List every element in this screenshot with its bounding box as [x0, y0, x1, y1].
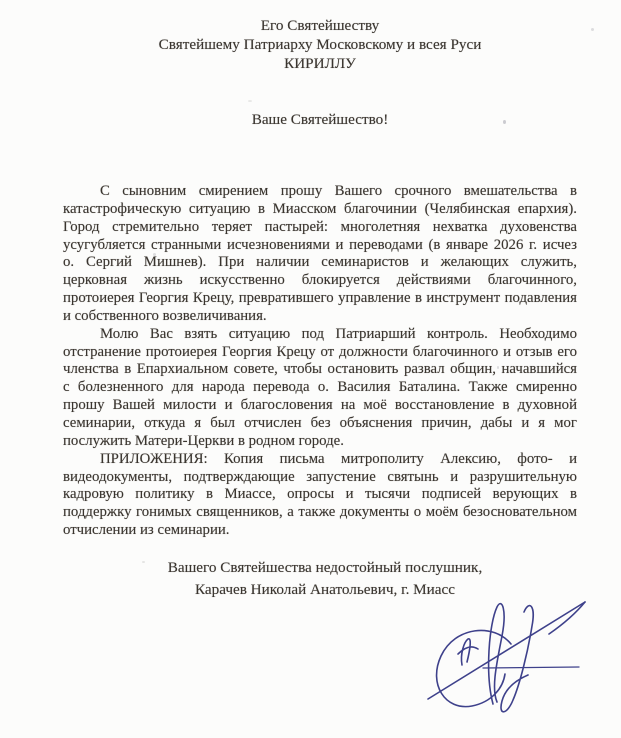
closing-line: Вашего Святейшества недостойный послушни…: [73, 557, 577, 580]
salutation: Ваше Святейшество!: [63, 110, 577, 129]
letter-line: послужить Матери-Церкви в родном городе.: [63, 433, 577, 451]
scan-speckle: [153, 253, 156, 256]
scan-speckle: [248, 100, 252, 102]
signature-image: [398, 592, 620, 738]
letter-line: видеодокументы, подтверждающие запустени…: [63, 469, 577, 487]
letter-line: о. Сергий Мишнев). При наличии семинарис…: [63, 254, 577, 272]
letter-line: членства в Епархиальном совете, чтобы ос…: [63, 361, 577, 379]
letter-line: Молю Вас взять ситуацию под Патриарший к…: [63, 326, 577, 344]
letter-line: поддержку гонимых священников, а также д…: [63, 504, 577, 522]
letter-line: церковная жизнь искусственно блокируется…: [63, 272, 577, 290]
letter-line: отчислении из семинарии.: [63, 522, 577, 540]
letter-body: С сыновним смирением прошу Вашего срочно…: [63, 183, 577, 540]
letter-line: С сыновним смирением прошу Вашего срочно…: [63, 183, 577, 201]
letter-page: Его Святейшеству Святейшему Патриарху Мо…: [0, 0, 621, 738]
recipient-block: Его Святейшеству Святейшему Патриарху Мо…: [63, 0, 577, 73]
signature-strokes: [428, 602, 585, 712]
recipient-line: Его Святейшеству: [63, 16, 577, 35]
recipient-line: КИРИЛЛУ: [63, 54, 577, 73]
letter-line: прошу Вашей милости и благословения на м…: [63, 397, 577, 415]
letter-line: и собственного возвеличивания.: [63, 308, 577, 326]
scan-speckle: [591, 28, 594, 31]
scan-speckle: [142, 561, 145, 563]
handwritten-signature: [398, 592, 620, 738]
letter-line: отстранение протоиерея Георгия Крецу от …: [63, 344, 577, 362]
letter-line: усугубляется странными исчезновениями и …: [63, 237, 577, 255]
paragraph: ПРИЛОЖЕНИЯ: Копия письма митрополиту Але…: [63, 451, 577, 540]
paragraph: Молю Вас взять ситуацию под Патриарший к…: [63, 326, 577, 451]
paragraph: С сыновним смирением прошу Вашего срочно…: [63, 183, 577, 326]
letter-line: ПРИЛОЖЕНИЯ: Копия письма митрополиту Але…: [63, 451, 577, 469]
letter-line: протоиерея Георгия Крецу, превратившего …: [63, 290, 577, 308]
letter-line: катастрофическую ситуацию в Миасском бла…: [63, 201, 577, 219]
letter-line: семинарии, откуда я был отчислен без объ…: [63, 415, 577, 433]
letter-line: с болезненного для народа перевода о. Ва…: [63, 379, 577, 397]
letter-line: Город стремительно теряет пастырей: мног…: [63, 219, 577, 237]
letter-line: кадровую политику в Миассе, опросы и тыс…: [63, 486, 577, 504]
scan-speckle: [503, 120, 506, 124]
recipient-line: Святейшему Патриарху Московскому и всея …: [63, 35, 577, 54]
scan-speckle: [497, 366, 499, 369]
